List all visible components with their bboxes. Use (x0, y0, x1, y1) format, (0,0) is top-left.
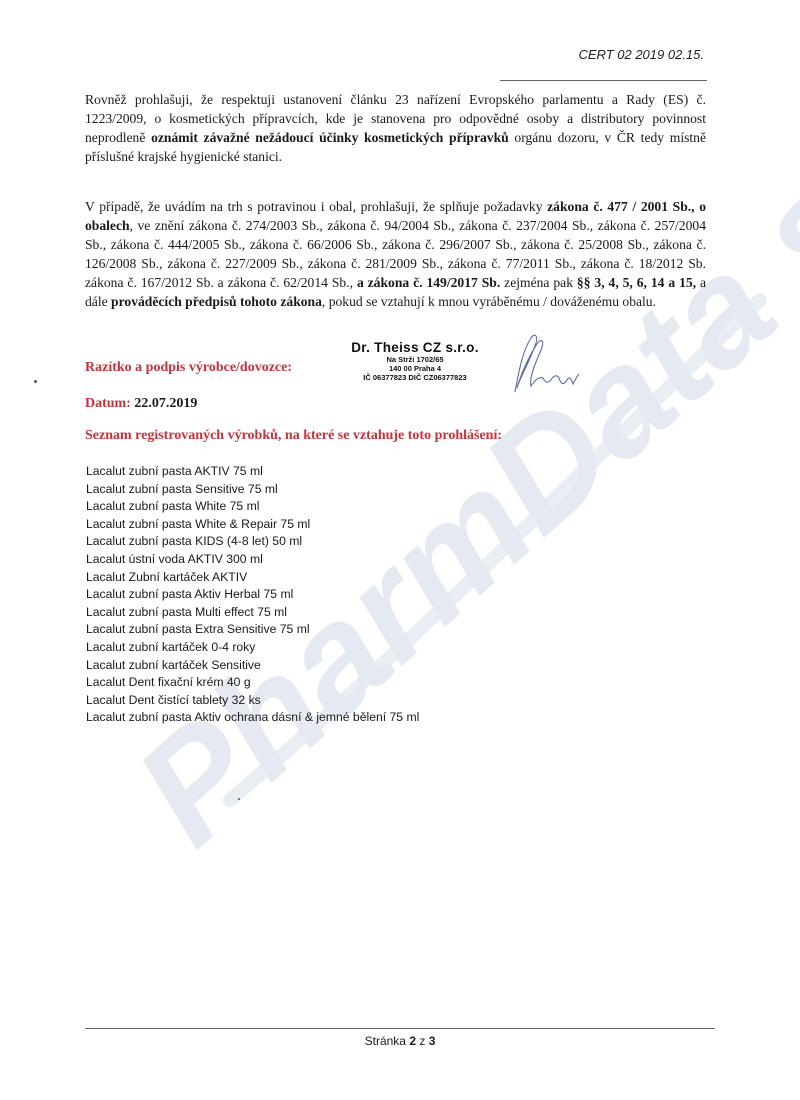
product-item: Lacalut zubní kartáček 0-4 roky (86, 639, 419, 657)
product-item: Lacalut ústní voda AKTIV 300 ml (86, 551, 419, 569)
scan-speck (34, 380, 37, 383)
company-stamp: Dr. Theiss CZ s.r.o. Na Strži 1702/65 14… (340, 340, 490, 382)
product-item: Lacalut zubní pasta Sensitive 75 ml (86, 481, 419, 499)
stamp-signature-label: Razítko a podpis výrobce/dovozce: (85, 360, 292, 376)
product-item: Lacalut zubní pasta AKTIV 75 ml (86, 463, 419, 481)
stamp-ids: IČ 06377823 DIČ CZ06377823 (340, 373, 490, 382)
signature-icon (505, 330, 580, 400)
product-item: Lacalut zubní pasta KIDS (4-8 let) 50 ml (86, 533, 419, 551)
paragraph-packaging-law: V případě, že uvádím na trh s potravinou… (85, 197, 706, 311)
footer-divider (85, 1028, 715, 1029)
product-item: Lacalut zubní pasta Aktiv ochrana dásní … (86, 709, 419, 727)
product-item: Lacalut zubní pasta Multi effect 75 ml (86, 604, 419, 622)
document-reference: CERT 02 2019 02.15. (578, 47, 704, 62)
product-item: Lacalut Zubní kartáček AKTIV (86, 569, 419, 587)
product-list-title: Seznam registrovaných výrobků, na které … (85, 428, 502, 444)
product-item: Lacalut zubní pasta White 75 ml (86, 498, 419, 516)
product-item: Lacalut zubní pasta Extra Sensitive 75 m… (86, 621, 419, 639)
product-item: Lacalut Dent fixační krém 40 g (86, 674, 419, 692)
stamp-company: Dr. Theiss CZ s.r.o. (340, 340, 490, 355)
paragraph-adverse-effects: Rovněž prohlašuji, že respektuji ustanov… (85, 90, 706, 166)
date-row: Datum: 22.07.2019 (85, 396, 197, 412)
product-list: Lacalut zubní pasta AKTIV 75 mlLacalut z… (86, 463, 419, 727)
date-value: 22.07.2019 (134, 396, 197, 411)
header-divider (500, 80, 707, 81)
product-item: Lacalut zubní kartáček Sensitive (86, 657, 419, 675)
product-item: Lacalut Dent čistící tablety 32 ks (86, 692, 419, 710)
stamp-street: Na Strži 1702/65 (340, 355, 490, 364)
product-item: Lacalut zubní pasta White & Repair 75 ml (86, 516, 419, 534)
page-number: Stránka 2 z 3 (0, 1034, 800, 1048)
scan-speck (238, 798, 240, 800)
stamp-city: 140 00 Praha 4 (340, 364, 490, 373)
product-item: Lacalut zubní pasta Aktiv Herbal 75 ml (86, 586, 419, 604)
date-label: Datum: (85, 396, 131, 411)
